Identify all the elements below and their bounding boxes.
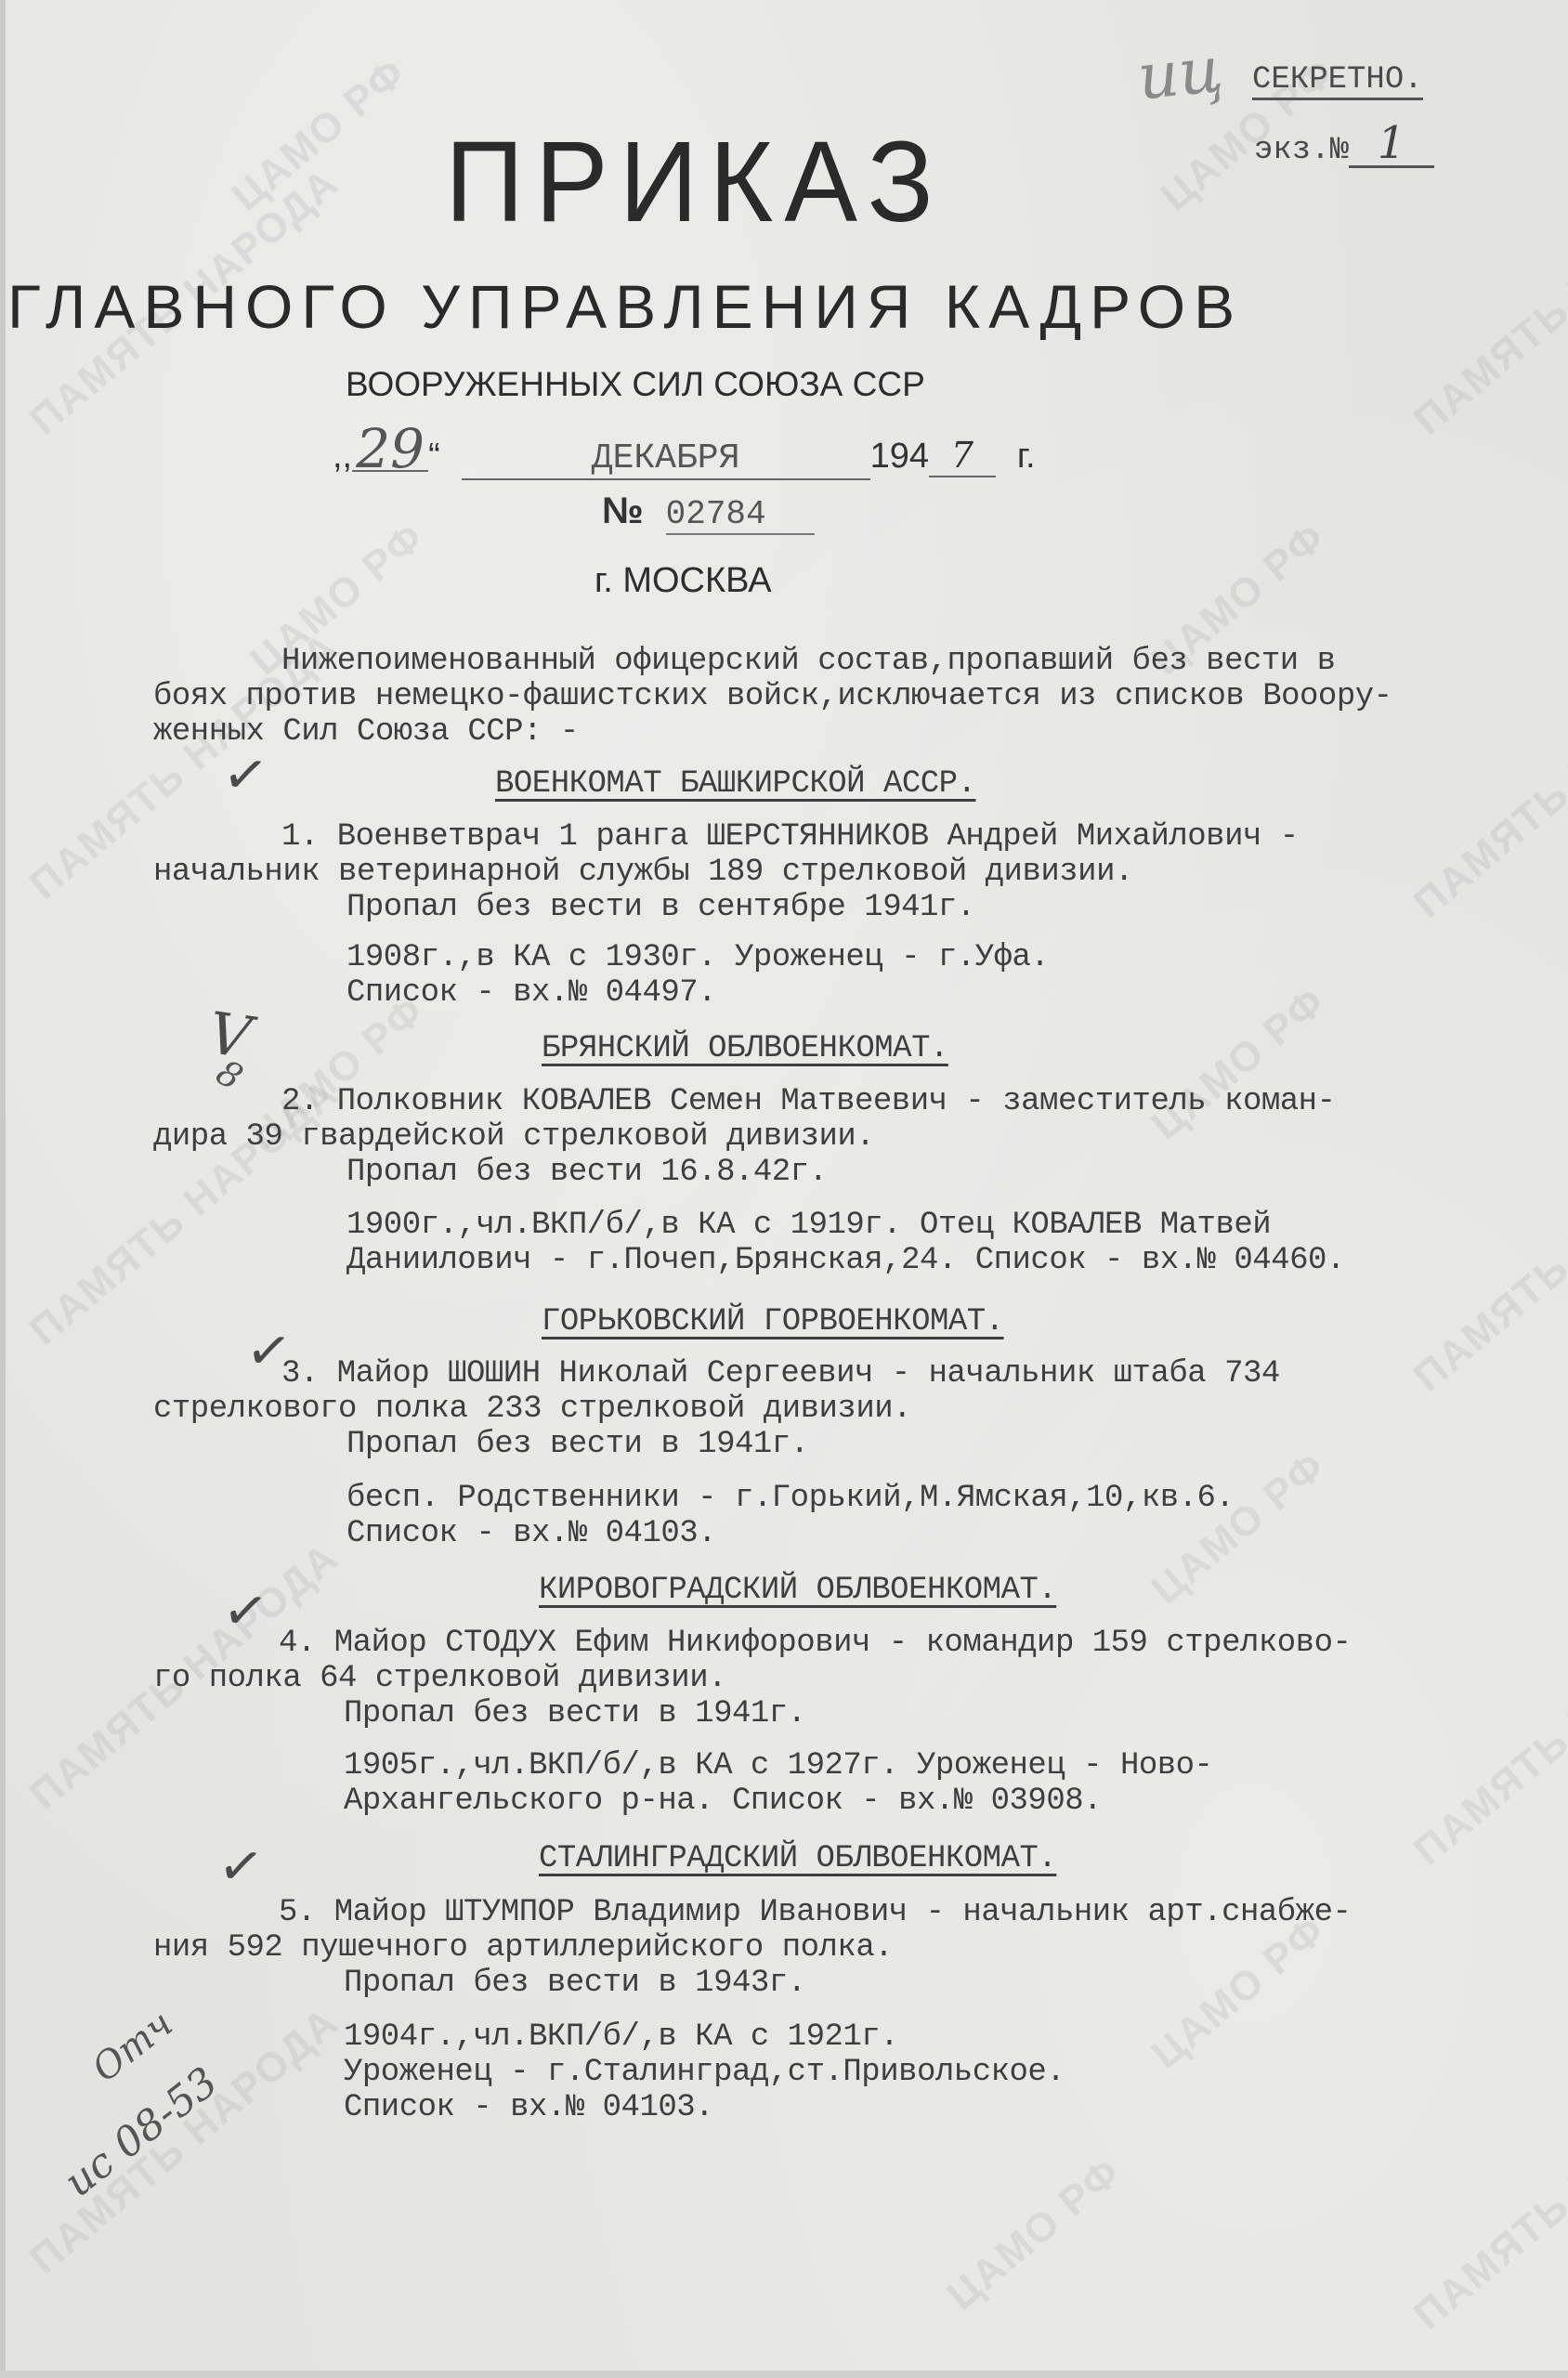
check-mark-icon: ✓ [219,740,273,809]
entry-line-1: 4. Майор СТОДУХ Ефим Никифорович - коман… [279,1626,1351,1661]
entry-line-2: стрелкового полка 233 стрелковой дивизии… [153,1392,911,1427]
order-number: № 02784 [602,490,815,535]
document-title: ПРИКАЗ [0,116,1479,249]
entry-details-2: Даниилович - г.Почеп,Брянская,24. Список… [346,1243,1345,1278]
entry-details-2: Список - вх.№ 04103. [346,1516,716,1551]
entry-details-2: Архангельского р-на. Список - вх.№ 03908… [344,1783,1102,1819]
handwritten-initials: иц [1134,33,1226,114]
entry-details-1: 1904г.,чл.ВКП/б/,в КА с 1921г. [344,2019,898,2055]
watermark: ЦАМО РФ [1143,978,1335,1149]
watermark: ПАМЯТЬ НАРОДА [21,1999,348,2284]
entry-details-2: Уроженец - г.Сталинград,ст.Привольское. [344,2055,1065,2090]
watermark: ПАМЯТЬ НАРОДА [1405,1117,1568,1402]
entry-line-1: 3. Майор ШОШИН Николай Сергеевич - начал… [281,1356,1280,1392]
check-mark-icon: ✓ [215,1832,268,1901]
page-edge-left [0,0,6,2378]
entry-line-2: начальник ветеринарной службы 189 стрелк… [153,855,1133,890]
date-day: 29 [352,427,428,472]
entry-missing: Пропал без вести 16.8.42г. [346,1155,828,1190]
entry-details-1: 1908г.,в КА с 1930г. Уроженец - г.Уфа. [346,940,1049,975]
intro-line-2: боях против немецко-фашистских войск,иск… [153,679,1392,714]
section-heading: ВОЕНКОМАТ БАШКИРСКОЙ АССР. [495,766,976,802]
entry-line-2: дира 39 гвардейской стрелковой дивизии. [153,1119,874,1155]
date-year-digit: 7 [929,435,996,477]
handwritten-margin-note: ис 08-53 [56,2058,227,2207]
entry-details-3: Список - вх.№ 04103. [344,2090,713,2125]
date-year-prefix: 194 [870,437,929,476]
entry-details-1: 1905г.,чл.ВКП/б/,в КА с 1927г. Уроженец … [344,1748,1212,1783]
section-heading: БРЯНСКИЙ ОБЛВОЕНКОМАТ. [542,1031,948,1066]
intro-line-3: женных Сил Союза ССР: - [153,714,579,750]
classification-label: СЕКРЕТНО. [1252,63,1423,100]
watermark: ПАМЯТЬ НАРОДА [1405,1590,1568,1875]
watermark: ПАМЯТЬ НАРОДА [1405,643,1568,928]
watermark: ПАМЯТЬ НАРОДА [1405,2055,1568,2340]
date-month: ДЕКАБРЯ [462,438,870,480]
date-close-quote: “ [428,437,440,476]
section-heading: ГОРЬКОВСКИЙ ГОРВОЕНКОМАТ. [542,1304,1004,1339]
date-open-quote: ,, [333,437,352,476]
entry-missing: Пропал без вести в сентябре 1941г. [346,890,975,925]
order-city: г. МОСКВА [595,561,772,601]
intro-line-1: Нижепоименованный офицерский состав,проп… [281,644,1336,679]
organization-subtitle: ВООРУЖЕННЫХ СИЛ СОЮЗА ССР [346,365,925,404]
entry-line-2: го полка 64 стрелковой дивизии. [153,1661,726,1696]
entry-missing: Пропал без вести в 1943г. [344,1966,806,2001]
entry-missing: Пропал без вести в 1941г. [346,1427,809,1462]
order-number-value: 02784 [666,495,815,535]
order-number-label: № [602,490,644,531]
watermark: ЦАМО РФ [1143,1443,1335,1614]
date-year-suffix: г. [1017,437,1036,476]
entry-line-2: ния 592 пушечного артиллерийского полка. [153,1930,893,1966]
entry-details-2: Список - вх.№ 04497. [346,975,716,1011]
section-heading: КИРОВОГРАДСКИЙ ОБЛВОЕНКОМАТ. [539,1573,1056,1608]
entry-missing: Пропал без вести в 1941г. [344,1696,806,1731]
entry-line-1: 2. Полковник КОВАЛЕВ Семен Матвеевич - з… [281,1084,1336,1119]
document-page: ЦАМО РФ ЦАМО РФ ЦАМО РФ ЦАМО РФ ЦАМО РФ … [0,0,1568,2378]
check-mark-icon: ✓ [219,1576,273,1645]
handwritten-margin-note: Отч [85,2002,181,2090]
order-date: ,,29“ ДЕКАБРЯ1947 г. [333,427,1036,480]
watermark: ЦАМО РФ [1143,1907,1335,2078]
section-heading: СТАЛИНГРАДСКИЙ ОБЛВОЕНКОМАТ. [539,1841,1056,1876]
entry-line-1: 1. Военветврач 1 ранга ШЕРСТЯННИКОВ Андр… [281,819,1299,855]
entry-line-1: 5. Майор ШТУМПОР Владимир Иванович - нач… [279,1895,1351,1930]
page-edge-bottom [0,2371,1568,2378]
entry-details-1: бесп. Родственники - г.Горький,М.Ямская,… [346,1481,1234,1516]
watermark: ЦАМО РФ [939,2149,1130,2319]
entry-details-1: 1900г.,чл.ВКП/б/,в КА с 1919г. Отец КОВА… [346,1208,1271,1243]
issuing-organization: ГЛАВНОГО УПРАВЛЕНИЯ КАДРОВ [7,271,1243,342]
